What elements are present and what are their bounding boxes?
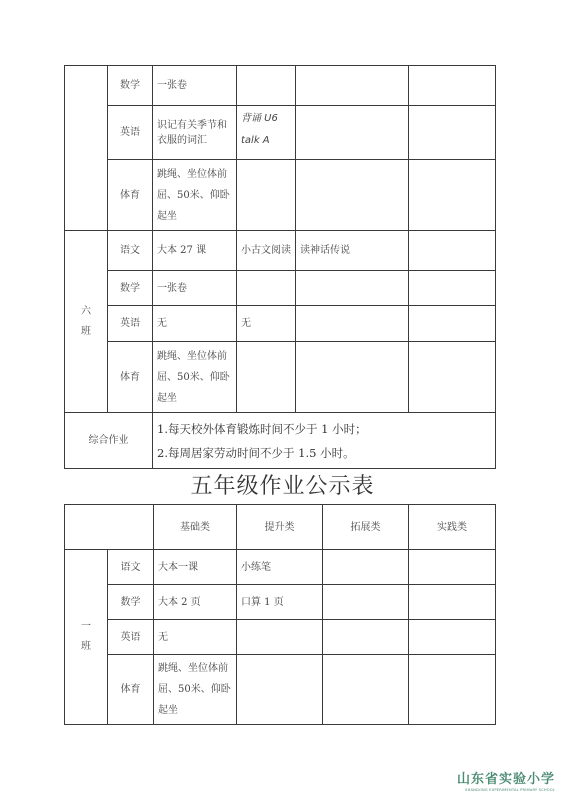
extend-cell	[296, 66, 409, 106]
basic-cell: 大本一课	[154, 550, 237, 585]
subject-cell: 体育	[108, 160, 153, 231]
class-label-line2: 班	[69, 322, 103, 342]
practice-cell	[409, 106, 496, 160]
practice-cell	[409, 655, 496, 725]
school-name-cn: 山东省实验小学	[457, 768, 555, 787]
page-title: 五年级作业公示表	[0, 469, 565, 500]
class-one-label-cell: 一 班	[65, 550, 108, 725]
extend-cell: 读神话传说	[296, 231, 409, 271]
table-row: 一 班 语文 大本一课 小练笔	[65, 550, 496, 585]
practice-cell	[409, 271, 496, 306]
basic-cell: 大本 2 页	[154, 585, 237, 620]
extend-cell	[323, 550, 409, 585]
subject-cell: 英语	[108, 106, 153, 160]
header-basic: 基础类	[154, 505, 237, 550]
table-row: 数学 一张卷	[65, 271, 496, 306]
practice-cell	[409, 160, 496, 231]
subject-cell: 数学	[108, 66, 153, 106]
table-row: 体育 跳绳、坐位体前屈、50米、仰卧起坐	[65, 655, 496, 725]
extend-cell	[296, 271, 409, 306]
basic-cell: 识记有关季节和衣服的词汇	[153, 106, 237, 160]
improve-cell	[237, 655, 323, 725]
header-row: 基础类 提升类 拓展类 实践类	[65, 505, 496, 550]
class-label-line2: 班	[69, 637, 103, 657]
extend-cell	[323, 620, 409, 655]
header-practice: 实践类	[409, 505, 496, 550]
practice-cell	[409, 306, 496, 342]
improve-cell	[237, 271, 296, 306]
basic-cell: 一张卷	[153, 66, 237, 106]
subject-cell: 数学	[108, 585, 154, 620]
basic-cell: 无	[154, 620, 237, 655]
improve-cell: 口算 1 页	[237, 585, 323, 620]
class-label-line1: 六	[69, 302, 103, 322]
improve-cell: 背诵 U6 talk A	[237, 106, 296, 160]
header-improve: 提升类	[237, 505, 323, 550]
comprehensive-content: 1.每天校外体育锻炼时间不少于 1 小时； 2.每周居家劳动时间不少于 1.5 …	[153, 413, 496, 469]
table-row: 英语 识记有关季节和衣服的词汇 背诵 U6 talk A	[65, 106, 496, 160]
extend-cell	[296, 106, 409, 160]
basic-cell: 跳绳、坐位体前屈、50米、仰卧起坐	[153, 160, 237, 231]
extend-cell	[296, 160, 409, 231]
extend-cell	[296, 342, 409, 413]
extend-cell	[296, 306, 409, 342]
basic-cell: 跳绳、坐位体前屈、50米、仰卧起坐	[153, 342, 237, 413]
table-row: 数学 大本 2 页 口算 1 页	[65, 585, 496, 620]
homework-table-top: 数学 一张卷 英语 识记有关季节和衣服的词汇 背诵 U6 talk A 体育 跳…	[64, 65, 496, 469]
practice-cell	[409, 585, 496, 620]
class-six-label-cell: 六 班	[65, 231, 108, 413]
school-logo: 山东省实验小学 SHANDONG EXPERIMENTAL PRIMARY SC…	[457, 768, 555, 792]
header-extend: 拓展类	[323, 505, 409, 550]
subject-cell: 数学	[108, 271, 153, 306]
corner-cell	[65, 505, 154, 550]
basic-cell: 一张卷	[153, 271, 237, 306]
subject-cell: 体育	[108, 655, 154, 725]
class-label-line1: 一	[69, 617, 103, 637]
subject-cell: 英语	[108, 620, 154, 655]
practice-cell	[409, 550, 496, 585]
improve-cell	[237, 342, 296, 413]
basic-cell: 大本 27 课	[153, 231, 237, 271]
class-label-cell	[65, 66, 108, 231]
improve-cell: 小练笔	[237, 550, 323, 585]
improve-cell	[237, 160, 296, 231]
table-row: 体育 跳绳、坐位体前屈、50米、仰卧起坐	[65, 160, 496, 231]
basic-cell: 无	[153, 306, 237, 342]
table-row: 英语 无	[65, 620, 496, 655]
practice-cell	[409, 66, 496, 106]
table-row: 体育 跳绳、坐位体前屈、50米、仰卧起坐	[65, 342, 496, 413]
comprehensive-row: 综合作业 1.每天校外体育锻炼时间不少于 1 小时； 2.每周居家劳动时间不少于…	[65, 413, 496, 469]
comprehensive-label: 综合作业	[65, 413, 153, 469]
school-name-en: SHANDONG EXPERIMENTAL PRIMARY SCHOOL	[457, 788, 555, 792]
comprehensive-line-2: 2.每周居家劳动时间不少于 1.5 小时。	[157, 441, 491, 465]
practice-cell	[409, 620, 496, 655]
extend-cell	[323, 655, 409, 725]
comprehensive-line-1: 1.每天校外体育锻炼时间不少于 1 小时；	[157, 417, 491, 441]
extend-cell	[323, 585, 409, 620]
subject-cell: 语文	[108, 550, 154, 585]
improve-cell	[237, 620, 323, 655]
practice-cell	[409, 231, 496, 271]
practice-cell	[409, 342, 496, 413]
subject-cell: 体育	[108, 342, 153, 413]
basic-cell: 跳绳、坐位体前屈、50米、仰卧起坐	[154, 655, 237, 725]
table-row: 数学 一张卷	[65, 66, 496, 106]
improve-cell: 无	[237, 306, 296, 342]
improve-cell	[237, 66, 296, 106]
subject-cell: 语文	[108, 231, 153, 271]
table-row: 六 班 语文 大本 27 课 小古文阅读 读神话传说	[65, 231, 496, 271]
table-row: 英语 无 无	[65, 306, 496, 342]
subject-cell: 英语	[108, 306, 153, 342]
homework-table-bottom: 基础类 提升类 拓展类 实践类 一 班 语文 大本一课 小练笔 数学 大本 2 …	[64, 504, 496, 725]
improve-cell: 小古文阅读	[237, 231, 296, 271]
